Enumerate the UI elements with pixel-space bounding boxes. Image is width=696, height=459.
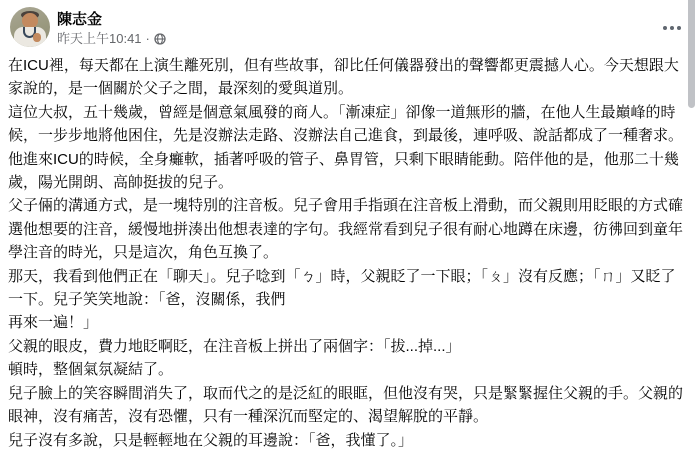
post-paragraph: 兒子臉上的笑容瞬間消失了，取而代之的是泛紅的眼眶，但他沒有哭，只是緊緊握住父親的… [8,382,684,429]
post-paragraph: 父子倆的溝通方式，是一塊特別的注音板。兒子會用手指頭在注音板上滑動，而父親則用眨… [8,194,684,264]
scrollbar-thumb[interactable] [688,0,695,108]
ellipsis-icon [663,26,667,30]
timestamp[interactable]: 昨天上午10:41 [57,31,142,47]
post-paragraph: 父親的眼皮，費力地眨啊眨，在注音板上拼出了兩個字：「拔...掉...」 [8,335,684,358]
post-content: 在ICU裡，每天都在上演生離死別，但有些故事，卻比任何儀器發出的聲響都更震撼人心… [8,54,684,452]
more-options-button[interactable] [656,14,688,42]
ellipsis-icon [670,26,674,30]
post-paragraph: 他進來ICU的時候，全身癱軟，插著呼吸的管子、鼻胃管，只剩下眼睛能動。陪伴他的是… [8,148,684,195]
avatar-thumbs-up [33,33,41,42]
facebook-post-card: 陳志金 昨天上午10:41 · 在ICU裡，每天都在上演生離死別，但有些故事，卻… [0,0,696,459]
post-paragraph: 兒子沒有多說，只是輕輕地在父親的耳邊說：「爸，我懂了。」 [8,429,684,452]
meta-separator: · [146,31,150,47]
post-paragraph: 那天，我看到他們正在「聊天」。兒子唸到「ㄅ」時，父親眨了一下眼；「ㄆ」沒有反應；… [8,265,684,335]
profile-picture[interactable] [10,7,50,47]
post-paragraph: 頓時，整個氣氛凝結了。 [8,358,684,381]
post-paragraph: 這位大叔，五十幾歲，曾經是個意氣風發的商人。「漸凍症」卻像一道無形的牆，在他人生… [8,101,684,148]
avatar-face [22,13,38,28]
globe-icon [154,33,166,45]
post-paragraph: 在ICU裡，每天都在上演生離死別，但有些故事，卻比任何儀器發出的聲響都更震撼人心… [8,54,684,101]
post-meta: 昨天上午10:41 · [57,31,166,47]
ellipsis-icon [677,26,681,30]
post-header: 陳志金 昨天上午10:41 · [0,0,696,54]
author-name[interactable]: 陳志金 [57,10,102,29]
